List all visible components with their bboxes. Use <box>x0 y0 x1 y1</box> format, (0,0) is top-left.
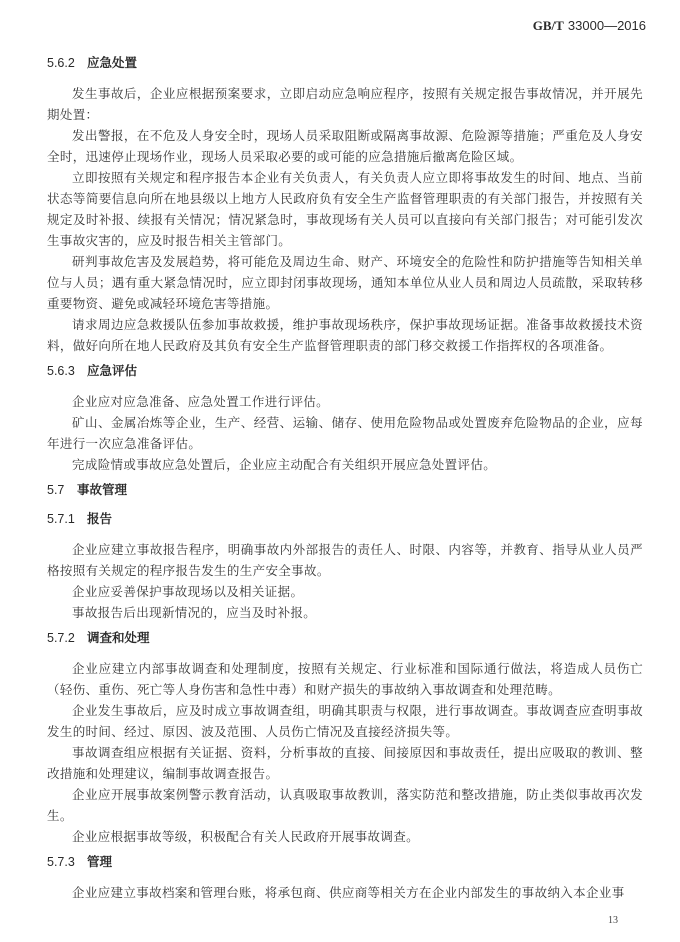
paragraph: 研判事故危害及发展趋势，将可能危及周边生命、财产、环境安全的危险性和防护措施等告… <box>47 251 643 314</box>
section-number: 5.7.3 <box>47 854 87 871</box>
section-number: 5.7.1 <box>47 511 87 528</box>
section-number: 5.7 <box>47 482 77 499</box>
standard-number: 33000—2016 <box>568 18 646 33</box>
section-title: 应急评估 <box>87 363 137 378</box>
paragraph: 企业应建立事故档案和管理台账，将承包商、供应商等相关方在企业内部发生的事故纳入本… <box>47 882 643 903</box>
standard-code-header: GB/T 33000—2016 <box>533 18 646 34</box>
paragraph: 企业应根据事故等级，积极配合有关人民政府开展事故调查。 <box>47 826 643 847</box>
section-heading-5-7-2: 5.7.2调查和处理 <box>47 629 643 647</box>
paragraph: 企业应建立内部事故调查和处理制度，按照有关规定、行业标准和国际通行做法，将造成人… <box>47 658 643 700</box>
paragraph: 发出警报，在不危及人身安全时，现场人员采取阻断或隔离事故源、危险源等措施；严重危… <box>47 125 643 167</box>
paragraph: 矿山、金属冶炼等企业，生产、经营、运输、储存、使用危险物品或处置废弃危险物品的企… <box>47 412 643 454</box>
section-title: 调查和处理 <box>87 630 150 645</box>
paragraph: 请求周边应急救援队伍参加事故救援，维护事故现场秩序，保护事故现场证据。准备事故救… <box>47 314 643 356</box>
section-number: 5.6.2 <box>47 55 87 72</box>
paragraph: 企业应对应急准备、应急处置工作进行评估。 <box>47 391 643 412</box>
paragraph: 完成险情或事故应急处置后，企业应主动配合有关组织开展应急处置评估。 <box>47 454 643 475</box>
section-title: 管理 <box>87 854 112 869</box>
paragraph: 企业发生事故后，应及时成立事故调查组，明确其职责与权限，进行事故调查。事故调查应… <box>47 700 643 742</box>
paragraph: 立即按照有关规定和程序报告本企业有关负责人，有关负责人应立即将事故发生的时间、地… <box>47 167 643 251</box>
paragraph: 事故报告后出现新情况的，应当及时补报。 <box>47 602 643 623</box>
paragraph: 企业应开展事故案例警示教育活动，认真吸取事故教训，落实防范和整改措施，防止类似事… <box>47 784 643 826</box>
section-heading-5-6-2: 5.6.2应急处置 <box>47 54 643 72</box>
paragraph: 事故调查组应根据有关证据、资料，分析事故的直接、间接原因和事故责任，提出应吸取的… <box>47 742 643 784</box>
document-body: 5.6.2应急处置 发生事故后，企业应根据预案要求，立即启动应急响应程序，按照有… <box>47 54 643 903</box>
section-title: 报告 <box>87 511 112 526</box>
standard-prefix: GB/T <box>533 18 564 33</box>
page-number: 13 <box>608 915 618 926</box>
section-number: 5.7.2 <box>47 630 87 647</box>
section-heading-5-7-3: 5.7.3管理 <box>47 853 643 871</box>
section-title: 应急处置 <box>87 55 137 70</box>
section-heading-5-7-1: 5.7.1报告 <box>47 510 643 528</box>
section-title: 事故管理 <box>77 482 127 497</box>
paragraph: 企业应妥善保护事故现场以及相关证据。 <box>47 581 643 602</box>
section-heading-5-7: 5.7事故管理 <box>47 481 643 499</box>
paragraph: 发生事故后，企业应根据预案要求，立即启动应急响应程序，按照有关规定报告事故情况，… <box>47 83 643 125</box>
section-number: 5.6.3 <box>47 363 87 380</box>
section-heading-5-6-3: 5.6.3应急评估 <box>47 362 643 380</box>
paragraph: 企业应建立事故报告程序，明确事故内外部报告的责任人、时限、内容等，并教育、指导从… <box>47 539 643 581</box>
